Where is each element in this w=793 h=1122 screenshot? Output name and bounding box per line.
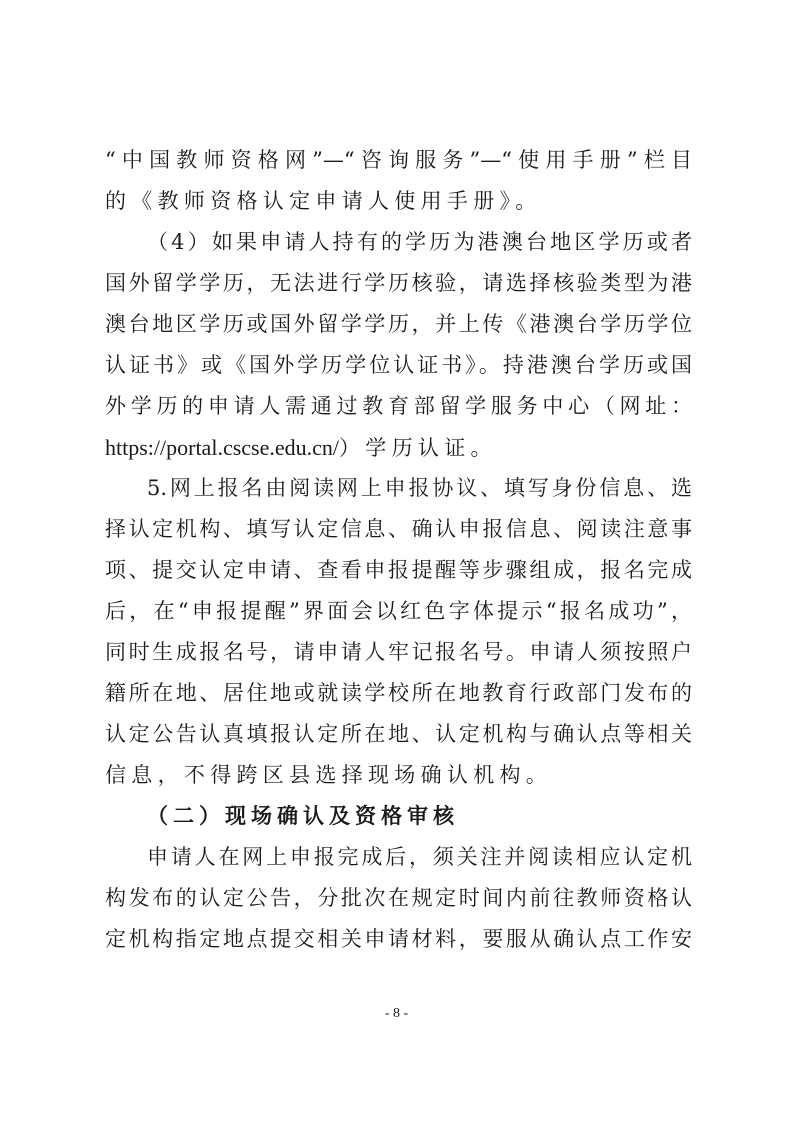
paragraph-line: 的《教师资格认定申请人使用手册》。: [105, 181, 692, 222]
paragraph-line-item-4: （4）如果申请人持有的学历为港澳台地区学历或者: [105, 222, 692, 263]
paragraph-line: 申请人在网上申报完成后，须关注并阅读相应认定机: [105, 837, 692, 878]
paragraph-line-url: https://portal.cscse.edu.cn/）学历认证。: [105, 427, 692, 468]
document-body: “中国教师资格网”—“咨询服务”—“使用手册”栏目 的《教师资格认定申请人使用手…: [105, 140, 692, 960]
paragraph-line: 国外留学学历，无法进行学历核验，请选择核验类型为港: [105, 263, 692, 304]
paragraph-line: 定机构指定地点提交相关申请材料，要服从确认点工作安: [105, 919, 692, 960]
document-page: “中国教师资格网”—“咨询服务”—“使用手册”栏目 的《教师资格认定申请人使用手…: [0, 0, 793, 1122]
paragraph-line: 择认定机构、填写认定信息、确认申报信息、阅读注意事: [105, 509, 692, 550]
paragraph-line: 信息，不得跨区县选择现场确认机构。: [105, 755, 692, 796]
paragraph-line-item-5: 5.网上报名由阅读网上申报协议、填写身份信息、选: [105, 468, 692, 509]
paragraph-line: 认定公告认真填报认定所在地、认定机构与确认点等相关: [105, 714, 692, 755]
paragraph-line: 外学历的申请人需通过教育部留学服务中心（网址：: [105, 386, 692, 427]
paragraph-line: 认证书》或《国外学历学位认证书》。持港澳台学历或国: [105, 345, 692, 386]
page-number: - 8 -: [0, 1006, 793, 1022]
paragraph-line: 项、提交认定申请、查看申报提醒等步骤组成，报名完成: [105, 550, 692, 591]
paragraph-line: 澳台地区学历或国外留学学历，并上传《港澳台学历学位: [105, 304, 692, 345]
paragraph-line: 构发布的认定公告，分批次在规定时间内前往教师资格认: [105, 878, 692, 919]
paragraph-line: “中国教师资格网”—“咨询服务”—“使用手册”栏目: [105, 140, 692, 181]
paragraph-line: 籍所在地、居住地或就读学校所在地教育行政部门发布的: [105, 673, 692, 714]
paragraph-line: 同时生成报名号，请申请人牢记报名号。申请人须按照户: [105, 632, 692, 673]
section-heading: （二）现场确认及资格审核: [105, 796, 692, 837]
cscse-url-link[interactable]: https://portal.cscse.edu.cn/: [105, 435, 339, 460]
url-line-suffix: ）学历认证。: [339, 436, 497, 460]
paragraph-line: 后，在“申报提醒”界面会以红色字体提示“报名成功”，: [105, 591, 692, 632]
